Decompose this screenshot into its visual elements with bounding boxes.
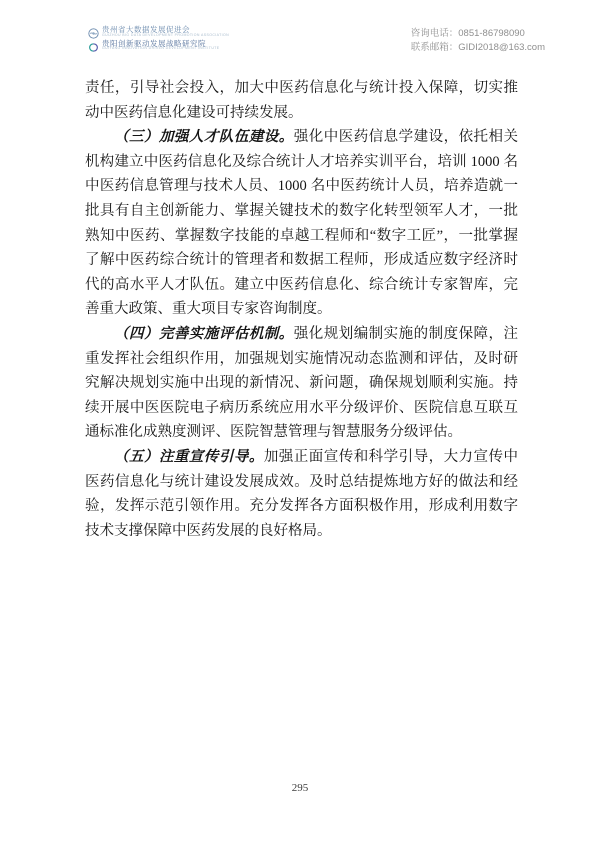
paragraph: 责任，引导社会投入，加大中医药信息化与统计投入保障，切实推动中医药信息化建设可持… <box>85 76 518 125</box>
association-subtitle: GUIZHOU BIG DATA DEVELOPMENT PROMOTION A… <box>102 34 229 38</box>
paragraph: （四）完善实施评估机制。强化规划编制实施的制度保障，注重发挥社会组织作用，加强规… <box>85 322 518 445</box>
institute-subtitle: GUIYANG INNOVATION DRIVEN DEVELOPMENT IN… <box>102 47 220 51</box>
paragraph-text: 强化中医药信息学建设，依托相关机构建立中医药信息化及综合统计人才培养实训平台，培… <box>85 129 518 317</box>
phone-label: 咨询电话： <box>411 28 459 39</box>
document-page: { "header": { "logos": [ { "name": "贵州省大… <box>0 0 600 848</box>
phone-number: 0851-86798090 <box>458 28 525 39</box>
contact-email-line: 联系邮箱：GIDI2018@163.com <box>411 41 545 55</box>
paragraph-lead: （三）加强人才队伍建设。 <box>114 129 294 145</box>
institute-swirl-icon <box>88 40 99 51</box>
email-label: 联系邮箱： <box>411 42 459 53</box>
contact-phone-line: 咨询电话：0851-86798090 <box>411 27 545 41</box>
paragraph-lead: （五）注重宣传引导。 <box>114 449 264 465</box>
email-address: GIDI2018@163.com <box>458 42 545 53</box>
paragraph: （五）注重宣传引导。加强正面宣传和科学引导，大力宣传中医药信息化与统计建设发展成… <box>85 445 518 543</box>
body-paragraphs: 责任，引导社会投入，加大中医药信息化与统计投入保障，切实推动中医药信息化建设可持… <box>85 76 518 543</box>
paragraph-lead: （四）完善实施评估机制。 <box>114 326 294 342</box>
institute-logo: 贵阳创新驱动发展战略研究院 GUIYANG INNOVATION DRIVEN … <box>88 40 229 52</box>
paragraph: （三）加强人才队伍建设。强化中医药信息学建设，依托相关机构建立中医药信息化及综合… <box>85 125 518 322</box>
association-logo: 贵州省大数据发展促进会 GUIZHOU BIG DATA DEVELOPMENT… <box>88 26 229 38</box>
logo-block: 贵州省大数据发展促进会 GUIZHOU BIG DATA DEVELOPMENT… <box>88 26 229 51</box>
association-emblem-icon <box>88 26 99 37</box>
paragraph-text: 责任，引导社会投入，加大中医药信息化与统计投入保障，切实推动中医药信息化建设可持… <box>85 80 518 121</box>
paragraph-text: 强化规划编制实施的制度保障，注重发挥社会组织作用，加强规划实施情况动态监测和评估… <box>85 326 518 440</box>
contact-block: 咨询电话：0851-86798090 联系邮箱：GIDI2018@163.com <box>411 27 545 54</box>
page-number: 295 <box>0 782 600 794</box>
